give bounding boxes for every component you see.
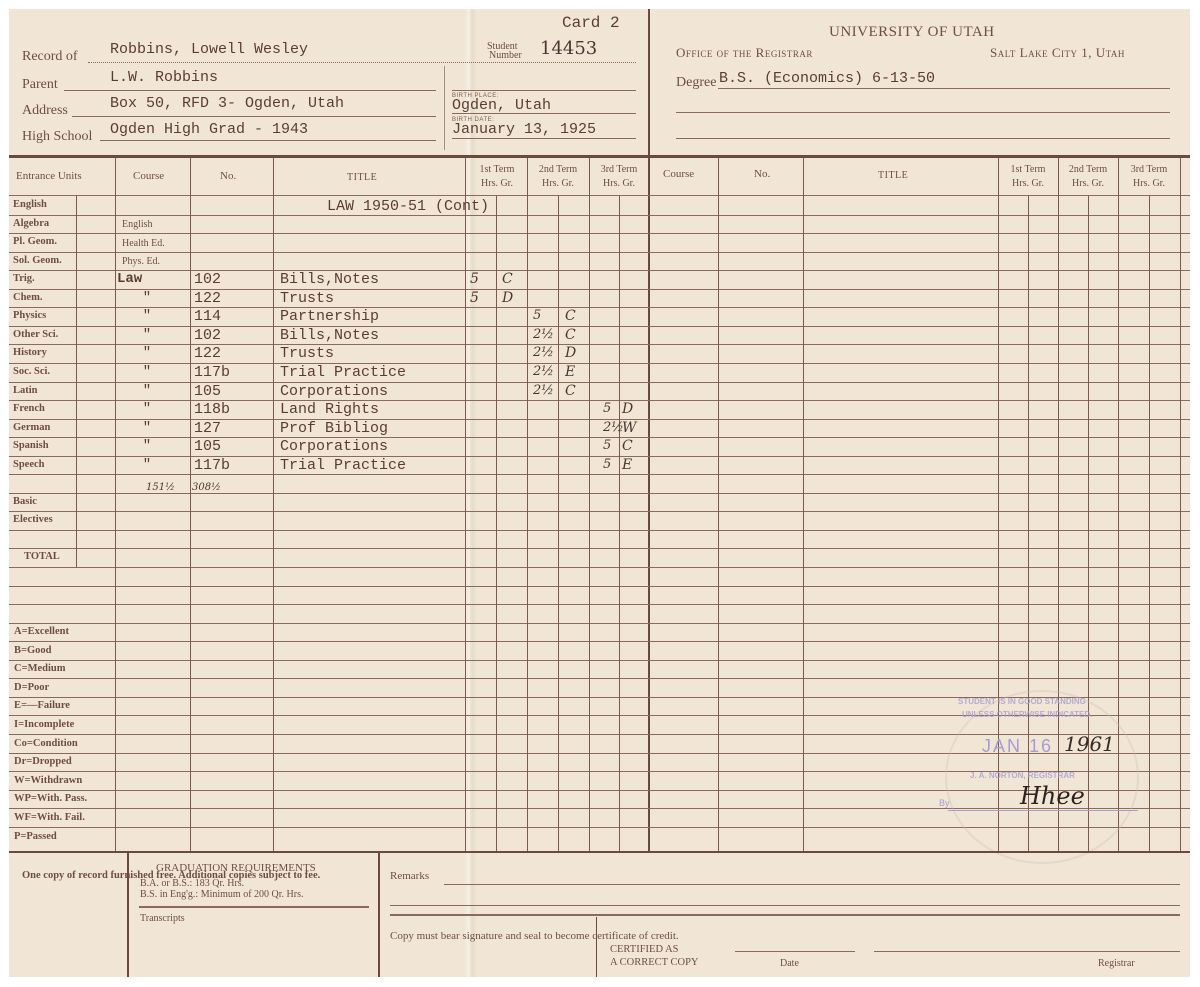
university-name: UNIVERSITY OF UTAH	[829, 24, 995, 41]
parent-label: Parent	[22, 77, 58, 93]
header-entrance-units: Entrance Units	[16, 170, 82, 182]
stamp-line2: UNLESS OTHERWISE INDICATED.	[962, 710, 1092, 719]
grid-line	[9, 307, 1190, 308]
entrance-unit-label: Sol. Geom.	[13, 255, 62, 266]
grid-column-line	[76, 196, 77, 567]
course-t2-gr: E	[565, 364, 575, 380]
course-t3-hrs: 5	[603, 401, 611, 416]
grid-line	[9, 678, 1190, 679]
grid-column-line	[465, 158, 466, 851]
course-title: Corporations	[280, 383, 388, 400]
grid-line	[9, 660, 1190, 661]
grid-column-line	[803, 158, 804, 851]
registrar-signature: Hhee	[1020, 782, 1085, 810]
grid-line	[9, 456, 1190, 457]
grid-line	[9, 623, 1190, 624]
course-no: 114	[194, 308, 221, 325]
address-value: Box 50, RFD 3- Ogden, Utah	[110, 95, 344, 112]
course-no: 102	[194, 327, 221, 344]
header-title: TITLE	[347, 172, 377, 183]
grid-line	[9, 567, 1190, 568]
grid-column-line	[589, 158, 590, 851]
grad-req-line1: B.A. or B.S.: 183 Qr. Hrs.	[140, 878, 244, 889]
course-t2-hrs: 2½	[533, 383, 554, 398]
preprinted-course-english: English	[122, 219, 153, 230]
grid-column-line	[558, 196, 559, 851]
header-term1: 1st TermHrs. Gr.	[469, 163, 525, 191]
course-title: Corporations	[280, 438, 388, 455]
entrance-unit-label: German	[13, 422, 50, 433]
entrance-unit-label: TOTAL	[24, 551, 60, 562]
course-course: "	[117, 327, 177, 343]
grid-line	[9, 511, 1190, 512]
grid-line	[9, 437, 1190, 438]
record-of-label: Record of	[22, 49, 78, 65]
course-course: "	[117, 290, 177, 306]
course-no: 117b	[194, 364, 230, 381]
degree-label: Degree	[676, 75, 716, 91]
city-name: Salt Lake City 1, Utah	[990, 45, 1125, 61]
grade-key-item: WF=With. Fail.	[14, 812, 85, 823]
course-t1-gr: D	[502, 290, 513, 306]
course-t2-hrs: 2½	[533, 327, 554, 342]
copy-note: One copy of record furnished free. Addit…	[22, 869, 118, 883]
certified-label: CERTIFIED AS A CORRECT COPY	[610, 943, 699, 969]
course-t3-hrs: 5	[603, 438, 611, 453]
course-course: "	[117, 308, 177, 324]
course-t3-hrs: 5	[603, 457, 611, 472]
course-t2-hrs: 2½	[533, 364, 554, 379]
total-points: 308½	[192, 482, 221, 493]
grad-req-line2: B.S. in Eng'g.: Minimum of 200 Qr. Hrs.	[140, 889, 303, 900]
grid-line	[9, 326, 1190, 327]
entrance-unit-label: Latin	[13, 385, 38, 396]
grid-column-line	[496, 196, 497, 851]
course-title: Trial Practice	[280, 457, 406, 474]
grid-column-line	[1149, 196, 1150, 851]
course-course: "	[117, 345, 177, 361]
course-t1-gr: C	[502, 271, 513, 287]
grid-line	[9, 548, 1190, 549]
grid-line	[9, 233, 1190, 234]
course-t1-hrs: 5	[470, 271, 479, 287]
header-term2: 2nd TermHrs. Gr.	[529, 163, 587, 191]
entrance-unit-label: Algebra	[13, 218, 49, 229]
course-title: Trial Practice	[280, 364, 406, 381]
preprinted-course-phys-ed: Phys. Ed.	[122, 256, 160, 267]
grade-key-item: I=Incomplete	[14, 719, 74, 730]
grid-column-line	[115, 158, 116, 851]
entrance-unit-label: Soc. Sci.	[13, 366, 50, 377]
header-term3: 3rd TermHrs. Gr.	[590, 163, 648, 191]
course-course: "	[117, 401, 177, 417]
entrance-unit-label: Speech	[13, 459, 45, 470]
parent-value: L.W. Robbins	[110, 69, 218, 86]
grid-line	[9, 215, 1190, 216]
grid-line	[9, 419, 1190, 420]
office-name: Office of the Registrar	[676, 45, 813, 61]
grad-req-title: GRADUATION REQUIREMENTS	[156, 862, 316, 874]
course-t2-gr: C	[565, 383, 576, 399]
header-title-right: TITLE	[878, 170, 908, 181]
course-title: Bills,Notes	[280, 271, 379, 288]
grid-line	[9, 289, 1190, 290]
degree-value: B.S. (Economics) 6-13-50	[719, 70, 935, 87]
grid-line	[9, 270, 1190, 271]
header-course-right: Course	[663, 168, 694, 180]
course-t3-gr: E	[622, 457, 632, 473]
grid-line	[9, 530, 1190, 531]
card-number: Card 2	[562, 14, 620, 32]
stamp-line1: STUDENT IS IN GOOD STANDING	[958, 697, 1086, 706]
course-title: Bills,Notes	[280, 327, 379, 344]
student-number-value: 14453	[540, 38, 597, 59]
entrance-unit-label: Basic	[13, 496, 37, 507]
registrar-label: Registrar	[1098, 958, 1135, 969]
section-heading: LAW 1950-51 (Cont)	[327, 198, 489, 215]
course-no: 122	[194, 290, 221, 307]
entrance-unit-label: Spanish	[13, 440, 49, 451]
transcripts-label: Transcripts	[140, 913, 185, 924]
grade-key-item: WP=With. Pass.	[14, 793, 87, 804]
grade-key-item: Dr=Dropped	[14, 756, 72, 767]
course-title: Land Rights	[280, 401, 379, 418]
entrance-unit-label: Electives	[13, 514, 53, 525]
birth-place-value: Ogden, Utah	[452, 97, 551, 114]
course-t2-hrs: 5	[533, 308, 541, 323]
grid-line	[9, 586, 1190, 587]
course-t3-gr: D	[622, 401, 633, 417]
entrance-unit-label: Chem.	[13, 292, 42, 303]
grid-column-line	[190, 158, 191, 851]
grid-line	[9, 252, 1190, 253]
grid-line	[9, 641, 1190, 642]
grid-column-line	[527, 158, 528, 851]
course-no: 102	[194, 271, 221, 288]
entrance-unit-label: Pl. Geom.	[13, 236, 57, 247]
grade-key-item: E=—Failure	[14, 700, 70, 711]
high-school-value: Ogden High Grad - 1943	[110, 121, 308, 138]
course-t2-gr: D	[565, 345, 576, 361]
total-hours: 151½	[146, 482, 175, 493]
grade-key-item: P=Passed	[14, 831, 57, 842]
grade-key-item: C=Medium	[14, 663, 65, 674]
course-no: 117b	[194, 457, 230, 474]
course-t3-gr: C	[622, 438, 633, 454]
remarks-label: Remarks	[390, 870, 429, 882]
header-no: No.	[220, 170, 236, 182]
grade-key-item: B=Good	[14, 645, 52, 656]
course-t2-gr: C	[565, 327, 576, 343]
stamp-year: 1961	[1064, 732, 1115, 756]
course-no: 105	[194, 438, 221, 455]
entrance-unit-label: Physics	[13, 310, 46, 321]
seal-note: Copy must bear signature and seal to bec…	[390, 930, 582, 942]
preprinted-course-health-ed: Health Ed.	[122, 238, 165, 249]
course-title: Trusts	[280, 345, 334, 362]
grade-key-item: D=Poor	[14, 682, 49, 693]
grade-key-item: A=Excellent	[14, 626, 69, 637]
grid-line	[9, 474, 1190, 475]
entrance-unit-label: English	[13, 199, 47, 210]
course-course: "	[117, 457, 177, 473]
course-t2-gr: C	[565, 308, 576, 324]
course-no: 105	[194, 383, 221, 400]
grid-line	[9, 363, 1190, 364]
grid-column-line	[718, 158, 719, 851]
course-title: Trusts	[280, 290, 334, 307]
course-no: 127	[194, 420, 221, 437]
entrance-unit-label: Other Sci.	[13, 329, 58, 340]
header-term1-right: 1st TermHrs. Gr.	[999, 163, 1057, 191]
grid-line	[9, 382, 1190, 383]
grid-line	[9, 344, 1190, 345]
course-course: "	[117, 383, 177, 399]
grid-line	[9, 195, 1190, 196]
entrance-unit-label: French	[13, 403, 45, 414]
course-t2-hrs: 2½	[533, 345, 554, 360]
course-no: 118b	[194, 401, 230, 418]
grid-line	[9, 604, 1190, 605]
course-no: 122	[194, 345, 221, 362]
birth-date-value: January 13, 1925	[452, 121, 596, 138]
grid-line	[9, 400, 1190, 401]
grade-key-item: W=Withdrawn	[14, 775, 82, 786]
grade-key-item: Co=Condition	[14, 738, 78, 749]
record-of-value: Robbins, Lowell Wesley	[110, 41, 308, 58]
course-title: Prof Bibliog	[280, 420, 388, 437]
stamp-by: By	[939, 798, 950, 808]
course-course: Law	[117, 271, 177, 287]
entrance-unit-label: History	[13, 347, 47, 358]
header-course: Course	[133, 170, 164, 182]
entrance-unit-label: Trig.	[13, 273, 35, 284]
grid-column-line	[619, 196, 620, 851]
course-t1-hrs: 5	[470, 290, 479, 306]
stamp-date: JAN 16	[982, 736, 1053, 757]
course-t3-gr: W	[622, 420, 636, 436]
stamp-registrar: J. A. NORTON, REGISTRAR	[970, 771, 1075, 780]
stamp-signature-line	[948, 810, 1138, 811]
grid-column-line	[1180, 158, 1181, 851]
date-label: Date	[780, 958, 799, 969]
course-course: "	[117, 364, 177, 380]
grid-column-line	[273, 158, 274, 851]
grid-line	[9, 493, 1190, 494]
course-t3-hrs: 2½	[603, 420, 624, 435]
address-label: Address	[22, 103, 68, 119]
student-number-label: Student Number	[487, 42, 522, 60]
course-course: "	[117, 420, 177, 436]
course-course: "	[117, 438, 177, 454]
header-term2-right: 2nd TermHrs. Gr.	[1059, 163, 1117, 191]
high-school-label: High School	[22, 129, 92, 145]
header-no-right: No.	[754, 168, 770, 180]
course-title: Partnership	[280, 308, 379, 325]
header-term3-right: 3rd TermHrs. Gr.	[1119, 163, 1179, 191]
